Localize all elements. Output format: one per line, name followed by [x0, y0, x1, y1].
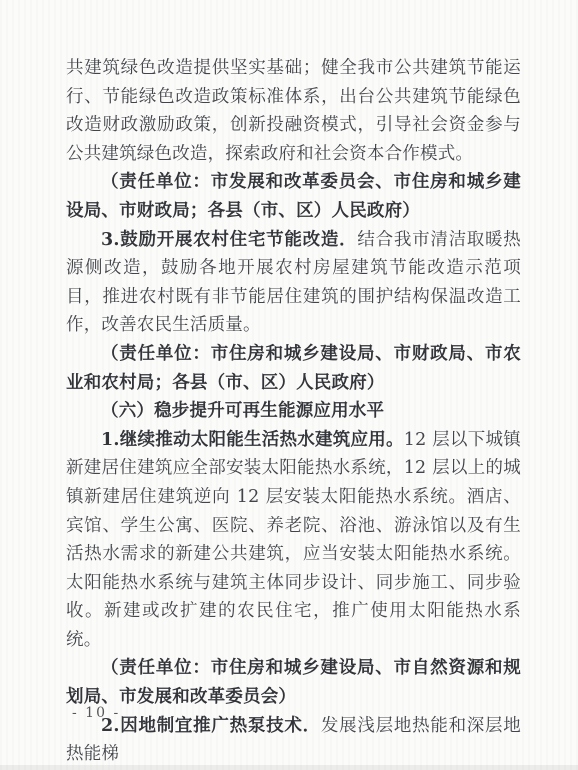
item-1-lead: 1.继续推动太阳能生活热水建筑应用。 — [101, 430, 404, 450]
responsible-units-text: （责任单位：市住房和城乡建设局、市财政局、市农业和农村局；各县（市、区）人民政府… — [66, 344, 521, 393]
page-number: - 10 - — [72, 705, 120, 721]
section-6-heading-text: （六）稳步提升可再生能源应用水平 — [101, 401, 384, 421]
paragraph-public-building-retrofit: 共建筑绿色改造提供坚实基础；健全我市公共建筑节能运行、节能绿色改造政策标准体系，… — [66, 54, 521, 168]
paragraph-text: 共建筑绿色改造提供坚实基础；健全我市公共建筑节能运行、节能绿色改造政策标准体系，… — [66, 58, 521, 164]
responsible-units-2: （责任单位：市住房和城乡建设局、市财政局、市农业和农村局；各县（市、区）人民政府… — [66, 340, 521, 397]
text-block: 共建筑绿色改造提供坚实基础；健全我市公共建筑节能运行、节能绿色改造政策标准体系，… — [66, 54, 521, 769]
responsible-units-text: （责任单位：市住房和城乡建设局、市自然资源和规划局、市发展和改革委员会） — [66, 658, 521, 707]
item-2-lead: 2.因地制宜推广热泵技术． — [101, 716, 321, 736]
document-page: 共建筑绿色改造提供坚实基础；健全我市公共建筑节能运行、节能绿色改造政策标准体系，… — [0, 0, 578, 770]
section-6-heading: （六）稳步提升可再生能源应用水平 — [66, 397, 521, 426]
item-1-solar-hot-water: 1.继续推动太阳能生活热水建筑应用。12 层以下城镇新建居住建筑应全部安装太阳能… — [66, 426, 521, 655]
item-2-heat-pump: 2.因地制宜推广热泵技术．发展浅层地热能和深层地热能梯 — [66, 712, 521, 769]
item-1-body: 12 层以下城镇新建居住建筑应全部安装太阳能热水系统，12 层以上的城镇新建居住… — [66, 430, 521, 650]
responsible-units-3: （责任单位：市住房和城乡建设局、市自然资源和规划局、市发展和改革委员会） — [66, 654, 521, 711]
item-3-lead: 3.鼓励开展农村住宅节能改造． — [101, 230, 357, 250]
responsible-units-1: （责任单位：市发展和改革委员会、市住房和城乡建设局、市财政局；各县（市、区）人民… — [66, 168, 521, 225]
item-3-rural-housing-retrofit: 3.鼓励开展农村住宅节能改造．结合我市清洁取暖热源侧改造，鼓励各地开展农村房屋建… — [66, 226, 521, 340]
responsible-units-text: （责任单位：市发展和改革委员会、市住房和城乡建设局、市财政局；各县（市、区）人民… — [66, 172, 521, 221]
